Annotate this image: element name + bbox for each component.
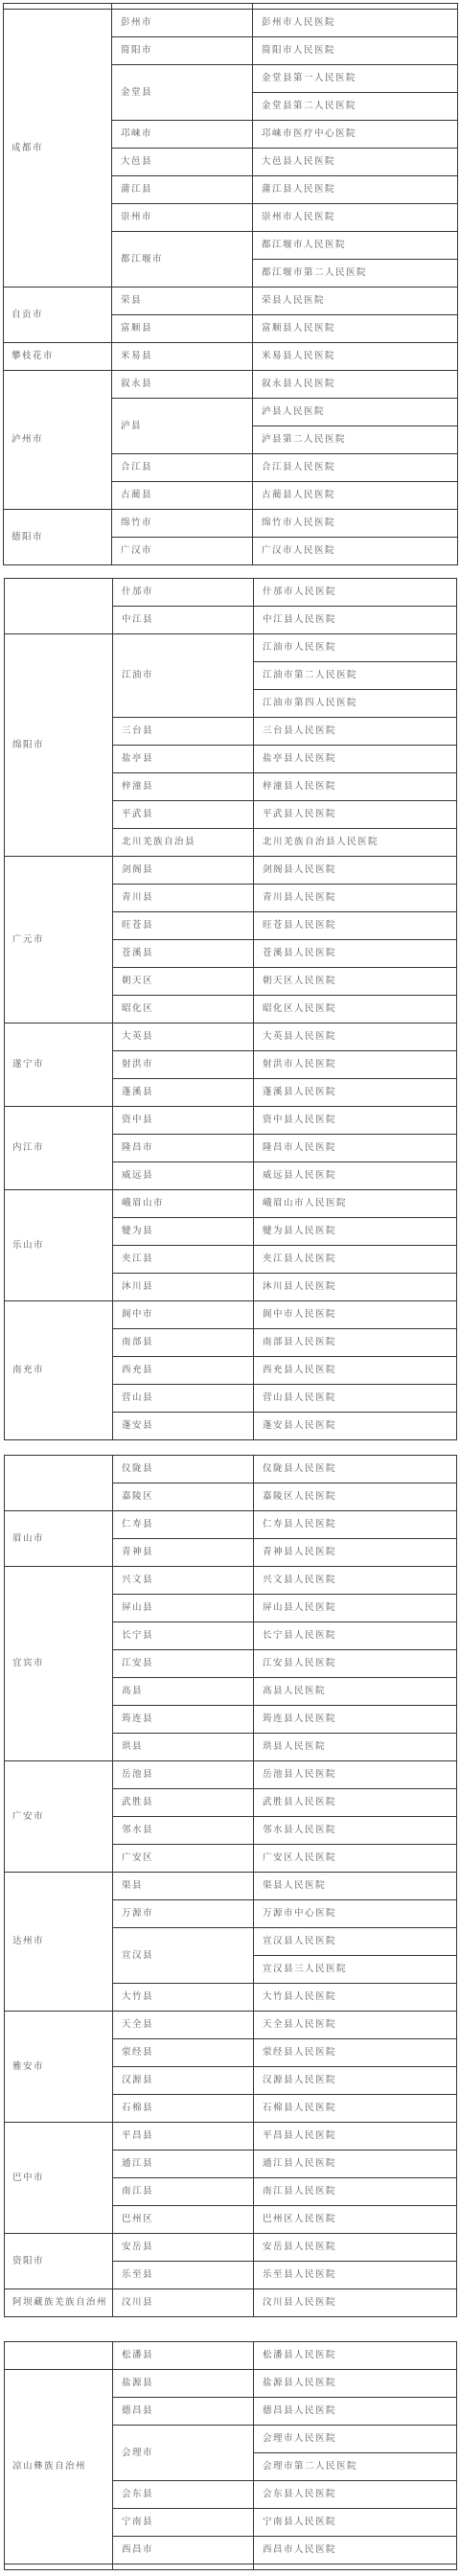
county-cell: 德昌县	[113, 2398, 254, 2426]
hospital-cell: 江安县人民医院	[254, 1650, 457, 1678]
county-cell: 南江县	[113, 2178, 254, 2206]
hospital-cell: 石棉县人民医院	[254, 2095, 457, 2123]
hospital-cell: 广安区人民医院	[254, 1845, 457, 1873]
county-cell: 天全县	[113, 2012, 254, 2039]
hospital-cell: 什邡市人民医院	[254, 579, 457, 607]
county-cell: 珙县	[113, 1734, 254, 1761]
table-row: 阿坝藏族羌族自治州汶川县汶川县人民医院	[5, 2289, 457, 2317]
county-cell: 叙永县	[112, 371, 253, 399]
table-row: 南充市阆中市阆中市人民医院	[5, 1301, 457, 1329]
hospital-cell: 合江县人民医院	[253, 454, 458, 482]
city-cell: 德阳市	[4, 510, 112, 565]
table-row: 雅安市天全县天全县人民医院	[5, 2012, 457, 2039]
hospital-cell: 巴州区人民医院	[254, 2206, 457, 2234]
hospital-cell: 仪陇县人民医院	[254, 1456, 457, 1483]
county-cell: 岳池县	[113, 1761, 254, 1789]
hospital-cell: 乐至县人民医院	[254, 2262, 457, 2289]
table-row: 巴中市平昌县平昌县人民医院	[5, 2123, 457, 2150]
hospital-cell: 荥经县人民医院	[254, 2039, 457, 2067]
city-cell: 遂宁市	[5, 1023, 113, 1107]
table-row: 眉山市仁寿县仁寿县人民医院	[5, 1511, 457, 1539]
city-cell: 成都市	[4, 10, 112, 287]
county-cell: 夹江县	[113, 1246, 254, 1274]
county-cell: 渠县	[113, 1873, 254, 1900]
county-cell: 什邡市	[113, 579, 254, 607]
hospital-cell: 通江县人民医院	[254, 2150, 457, 2178]
hospital-cell: 高县人民医院	[254, 1678, 457, 1706]
hospital-cell: 邛崃市医疗中心医院	[253, 121, 458, 149]
city-cell: 南充市	[5, 1301, 113, 1440]
hospital-cell: 安岳县人民医院	[254, 2234, 457, 2262]
hospital-cell: 南江县人民医院	[254, 2178, 457, 2206]
county-cell: 彭州市	[112, 10, 253, 37]
county-cell: 合江县	[112, 454, 253, 482]
county-cell: 筠连县	[113, 1706, 254, 1734]
hospital-cell: 都江堰市人民医院	[253, 232, 458, 260]
hospital-cell: 松潘县人民医院	[254, 2342, 457, 2370]
county-cell: 松潘县	[113, 2342, 254, 2370]
table-segment-1: 成都市彭州市彭州市人民医院简阳市简阳市人民医院金堂县金堂县第一人民医院金堂县第二…	[0, 3, 460, 565]
hospital-cell: 西充县人民医院	[254, 1357, 457, 1385]
county-cell: 石棉县	[113, 2095, 254, 2123]
hospital-cell: 江油市第四人民医院	[254, 690, 457, 718]
county-cell: 荥经县	[113, 2039, 254, 2067]
county-cell: 都江堰市	[112, 232, 253, 287]
city-cell: 资阳市	[5, 2234, 113, 2289]
hospital-table: 什邡市什邡市人民医院中江县中江县人民医院绵阳市江油市江油市人民医院江油市第二人民…	[4, 578, 457, 1440]
table-row: 广安市岳池县岳池县人民医院	[5, 1761, 457, 1789]
table-row: 成都市彭州市彭州市人民医院	[4, 10, 458, 37]
county-cell: 沐川县	[113, 1274, 254, 1301]
hospital-cell: 平武县人民医院	[254, 801, 457, 829]
county-cell: 通江县	[113, 2150, 254, 2178]
hospital-cell: 朝天区人民医院	[254, 968, 457, 996]
city-cell: 乐山市	[5, 1190, 113, 1301]
county-cell: 梓潼县	[113, 773, 254, 801]
county-cell: 射洪市	[113, 1051, 254, 1079]
hospital-cell: 都江堰市第二人民医院	[253, 260, 458, 287]
hospital-cell: 江油市第二人民医院	[254, 662, 457, 690]
hospital-cell: 营山县人民医院	[254, 1385, 457, 1413]
table-row: 遂宁市大英县大英县人民医院	[5, 1023, 457, 1051]
table-row: 仪陇县仪陇县人民医院	[5, 1456, 457, 1483]
hospital-cell: 剑阁县人民医院	[254, 857, 457, 885]
county-cell: 乐至县	[113, 2262, 254, 2289]
table-row: 自贡市荣县荣县人民医院	[4, 287, 458, 315]
city-cell	[5, 2564, 113, 2570]
hospital-cell: 昭化区人民医院	[254, 996, 457, 1023]
city-cell: 巴中市	[5, 2123, 113, 2234]
hospital-cell: 大邑县人民医院	[253, 149, 458, 176]
city-cell: 内江市	[5, 1107, 113, 1190]
hospital-cell: 筠连县人民医院	[254, 1706, 457, 1734]
county-cell: 泸县	[112, 399, 253, 454]
county-cell: 武胜县	[113, 1789, 254, 1817]
county-cell: 崇州市	[112, 204, 253, 232]
hospital-cell: 长宁县人民医院	[254, 1622, 457, 1650]
city-cell: 自贡市	[4, 287, 112, 343]
county-cell: 汉源县	[113, 2067, 254, 2095]
county-cell: 邛崃市	[112, 121, 253, 149]
hospital-cell: 彭州市人民医院	[253, 10, 458, 37]
hospital-cell: 仁寿县人民医院	[254, 1511, 457, 1539]
hospital-table: 成都市彭州市彭州市人民医院简阳市简阳市人民医院金堂县金堂县第一人民医院金堂县第二…	[3, 3, 458, 565]
county-cell: 蓬溪县	[113, 1079, 254, 1107]
hospital-cell: 德昌县人民医院	[254, 2398, 457, 2426]
hospital-cell: 盐源县人民医院	[254, 2370, 457, 2398]
county-cell: 旺苍县	[113, 912, 254, 940]
hospital-cell: 江油市人民医院	[254, 634, 457, 662]
county-cell: 大竹县	[113, 1984, 254, 2012]
hospital-cell: 隆昌市人民医院	[254, 1135, 457, 1162]
county-cell: 江油市	[113, 634, 254, 718]
hospital-cell: 武胜县人民医院	[254, 1789, 457, 1817]
table-row: 什邡市什邡市人民医院	[5, 579, 457, 607]
county-cell: 大邑县	[112, 149, 253, 176]
city-cell	[5, 1456, 113, 1511]
hospital-cell: 夹江县人民医院	[254, 1246, 457, 1274]
county-cell: 蓬安县	[113, 1413, 254, 1440]
hospital-cell: 中江县人民医院	[254, 607, 457, 634]
county-cell: 西昌市	[113, 2537, 254, 2564]
hospital-cell: 天全县人民医院	[254, 2012, 457, 2039]
table-segment-4: 松潘县松潘县人民医院凉山彝族自治州盐源县盐源县人民医院德昌县德昌县人民医院会理市…	[0, 2341, 460, 2570]
hospital-cell: 崇州市人民医院	[253, 204, 458, 232]
county-cell: 平武县	[113, 801, 254, 829]
county-cell: 会东县	[113, 2481, 254, 2509]
hospital-cell: 梓潼县人民医院	[254, 773, 457, 801]
county-cell: 北川羌族自治县	[113, 829, 254, 857]
county-cell: 金堂县	[112, 65, 253, 121]
county-cell: 长宁县	[113, 1622, 254, 1650]
city-cell: 广安市	[5, 1761, 113, 1873]
hospital-cell: 泸县人民医院	[253, 399, 458, 426]
county-cell: 阆中市	[113, 1301, 254, 1329]
hospital-cell: 泸县第二人民医院	[253, 426, 458, 454]
county-cell: 江安县	[113, 1650, 254, 1678]
county-cell: 仁寿县	[113, 1511, 254, 1539]
city-cell: 凉山彝族自治州	[5, 2370, 113, 2564]
hospital-cell: 万源市中心医院	[254, 1900, 457, 1928]
table-row: 乐山市峨眉山市峨眉山市人民医院	[5, 1190, 457, 1218]
hospital-cell: 汶川县人民医院	[254, 2289, 457, 2317]
city-cell: 雅安市	[5, 2012, 113, 2123]
hospital-cell: 犍为县人民医院	[254, 1218, 457, 1246]
city-cell: 广元市	[5, 857, 113, 1023]
hospital-cell: 西昌市人民医院	[254, 2537, 457, 2564]
county-cell: 朝天区	[113, 968, 254, 996]
hospital-cell: 汉源县人民医院	[254, 2067, 457, 2095]
hospital-cell: 广汉市人民医院	[253, 538, 458, 565]
county-cell: 邻水县	[113, 1817, 254, 1845]
hospital-cell: 宁南县人民医院	[254, 2509, 457, 2537]
county-cell: 高县	[113, 1678, 254, 1706]
county-cell: 富顺县	[112, 315, 253, 343]
table-row: 宜宾市兴文县兴文县人民医院	[5, 1567, 457, 1595]
county-cell: 中江县	[113, 607, 254, 634]
county-cell: 宣汉县	[113, 1928, 254, 1984]
county-cell: 盐源县	[113, 2370, 254, 2398]
table-row: 泸州市叙永县叙永县人民医院	[4, 371, 458, 399]
county-cell: 资中县	[113, 1107, 254, 1135]
county-cell: 峨眉山市	[113, 1190, 254, 1218]
hospital-cell: 邻水县人民医院	[254, 1817, 457, 1845]
hospital-cell: 叙永县人民医院	[253, 371, 458, 399]
hospital-cell: 大竹县人民医院	[254, 1984, 457, 2012]
hospital-table: 仪陇县仪陇县人民医院嘉陵区嘉陵区人民医院眉山市仁寿县仁寿县人民医院青神县青神县人…	[4, 1455, 457, 2317]
hospital-cell: 蓬溪县人民医院	[254, 1079, 457, 1107]
hospital-cell: 渠县人民医院	[254, 1873, 457, 1900]
hospital-cell: 简阳市人民医院	[253, 37, 458, 65]
county-cell: 隆昌市	[113, 1135, 254, 1162]
hospital-cell: 平昌县人民医院	[254, 2123, 457, 2150]
county-cell: 西充县	[113, 1357, 254, 1385]
county-cell: 米易县	[112, 343, 253, 371]
city-cell: 达州市	[5, 1873, 113, 2012]
city-cell: 阿坝藏族羌族自治州	[5, 2289, 113, 2317]
hospital-cell: 沐川县人民医院	[254, 1274, 457, 1301]
hospital-cell: 苍溪县人民医院	[254, 940, 457, 968]
county-cell: 青川县	[113, 885, 254, 912]
county-cell: 昭化区	[113, 996, 254, 1023]
hospital-cell: 珙县人民医院	[254, 1734, 457, 1761]
county-cell: 苍溪县	[113, 940, 254, 968]
table-row: 攀枝花市米易县米易县人民医院	[4, 343, 458, 371]
table-row: 绵阳市江油市江油市人民医院	[5, 634, 457, 662]
county-cell: 青神县	[113, 1539, 254, 1567]
county-cell: 古蔺县	[112, 482, 253, 510]
hospital-cell: 蒲江县人民医院	[253, 176, 458, 204]
hospital-cell: 嘉陵区人民医院	[254, 1483, 457, 1511]
city-cell: 绵阳市	[5, 634, 113, 857]
hospital-cell: 射洪市人民医院	[254, 1051, 457, 1079]
table-row: 德阳市绵竹市绵竹市人民医院	[4, 510, 458, 538]
county-cell: 犍为县	[113, 1218, 254, 1246]
county-cell: 威远县	[113, 1162, 254, 1190]
hospital-cell: 兴文县人民医院	[254, 1567, 457, 1595]
county-cell: 宁南县	[113, 2509, 254, 2537]
hospital-cell: 会理市第二人民医院	[254, 2453, 457, 2481]
county-cell: 安岳县	[113, 2234, 254, 2262]
county-cell: 南部县	[113, 1329, 254, 1357]
hospital-cell	[254, 2564, 457, 2570]
hospital-cell: 金堂县第一人民医院	[253, 65, 458, 93]
hospital-cell: 北川羌族自治县人民医院	[254, 829, 457, 857]
city-cell	[5, 2342, 113, 2370]
hospital-table: 松潘县松潘县人民医院凉山彝族自治州盐源县盐源县人民医院德昌县德昌县人民医院会理市…	[4, 2341, 457, 2570]
hospital-cell: 大英县人民医院	[254, 1023, 457, 1051]
table-row: 松潘县松潘县人民医院	[5, 2342, 457, 2370]
county-cell: 营山县	[113, 1385, 254, 1413]
table-row: 广元市剑阁县剑阁县人民医院	[5, 857, 457, 885]
county-cell: 广安区	[113, 1845, 254, 1873]
hospital-cell: 旺苍县人民医院	[254, 912, 457, 940]
city-cell: 攀枝花市	[4, 343, 112, 371]
county-cell	[113, 2564, 254, 2570]
county-cell: 兴文县	[113, 1567, 254, 1595]
county-cell: 剑阁县	[113, 857, 254, 885]
hospital-cell: 会理市人民医院	[254, 2426, 457, 2453]
county-cell: 会理市	[113, 2426, 254, 2481]
county-cell: 绵竹市	[112, 510, 253, 538]
county-cell: 简阳市	[112, 37, 253, 65]
hospital-cell: 宣汉县人民医院	[254, 1928, 457, 1956]
county-cell: 嘉陵区	[113, 1483, 254, 1511]
city-cell: 泸州市	[4, 371, 112, 510]
table-row: 凉山彝族自治州盐源县盐源县人民医院	[5, 2370, 457, 2398]
hospital-cell: 绵竹市人民医院	[253, 510, 458, 538]
hospital-cell: 盐亭县人民医院	[254, 746, 457, 773]
county-cell: 盐亭县	[113, 746, 254, 773]
hospital-cell: 岳池县人民医院	[254, 1761, 457, 1789]
county-cell: 汶川县	[113, 2289, 254, 2317]
hospital-cell: 米易县人民医院	[253, 343, 458, 371]
hospital-cell: 峨眉山市人民医院	[254, 1190, 457, 1218]
county-cell: 平昌县	[113, 2123, 254, 2150]
table-row: 达州市渠县渠县人民医院	[5, 1873, 457, 1900]
hospital-cell: 阆中市人民医院	[254, 1301, 457, 1329]
hospital-cell: 金堂县第二人民医院	[253, 93, 458, 121]
hospital-cell: 宣汉县三人民医院	[254, 1956, 457, 1984]
county-cell: 万源市	[113, 1900, 254, 1928]
city-cell	[5, 579, 113, 634]
table-segment-2: 什邡市什邡市人民医院中江县中江县人民医院绵阳市江油市江油市人民医院江油市第二人民…	[0, 578, 460, 1440]
county-cell: 仪陇县	[113, 1456, 254, 1483]
hospital-cell: 南部县人民医院	[254, 1329, 457, 1357]
county-cell: 巴州区	[113, 2206, 254, 2234]
hospital-cell: 荣县人民医院	[253, 287, 458, 315]
table-row: 内江市资中县资中县人民医院	[5, 1107, 457, 1135]
county-cell: 广汉市	[112, 538, 253, 565]
hospital-cell: 资中县人民医院	[254, 1107, 457, 1135]
hospital-cell: 威远县人民医院	[254, 1162, 457, 1190]
hospital-cell: 青川县人民医院	[254, 885, 457, 912]
county-cell: 荣县	[112, 287, 253, 315]
county-cell: 三台县	[113, 718, 254, 746]
county-cell: 大英县	[113, 1023, 254, 1051]
hospital-cell: 会东县人民医院	[254, 2481, 457, 2509]
county-cell: 蒲江县	[112, 176, 253, 204]
hospital-cell: 古蔺县人民医院	[253, 482, 458, 510]
hospital-cell: 三台县人民医院	[254, 718, 457, 746]
city-cell: 宜宾市	[5, 1567, 113, 1761]
city-cell: 眉山市	[5, 1511, 113, 1567]
county-cell: 屏山县	[113, 1595, 254, 1622]
table-segment-3: 仪陇县仪陇县人民医院嘉陵区嘉陵区人民医院眉山市仁寿县仁寿县人民医院青神县青神县人…	[0, 1455, 460, 2317]
hospital-cell: 蓬安县人民医院	[254, 1413, 457, 1440]
table-row	[5, 2564, 457, 2570]
hospital-cell: 屏山县人民医院	[254, 1595, 457, 1622]
hospital-cell: 富顺县人民医院	[253, 315, 458, 343]
table-row: 资阳市安岳县安岳县人民医院	[5, 2234, 457, 2262]
hospital-cell: 青神县人民医院	[254, 1539, 457, 1567]
